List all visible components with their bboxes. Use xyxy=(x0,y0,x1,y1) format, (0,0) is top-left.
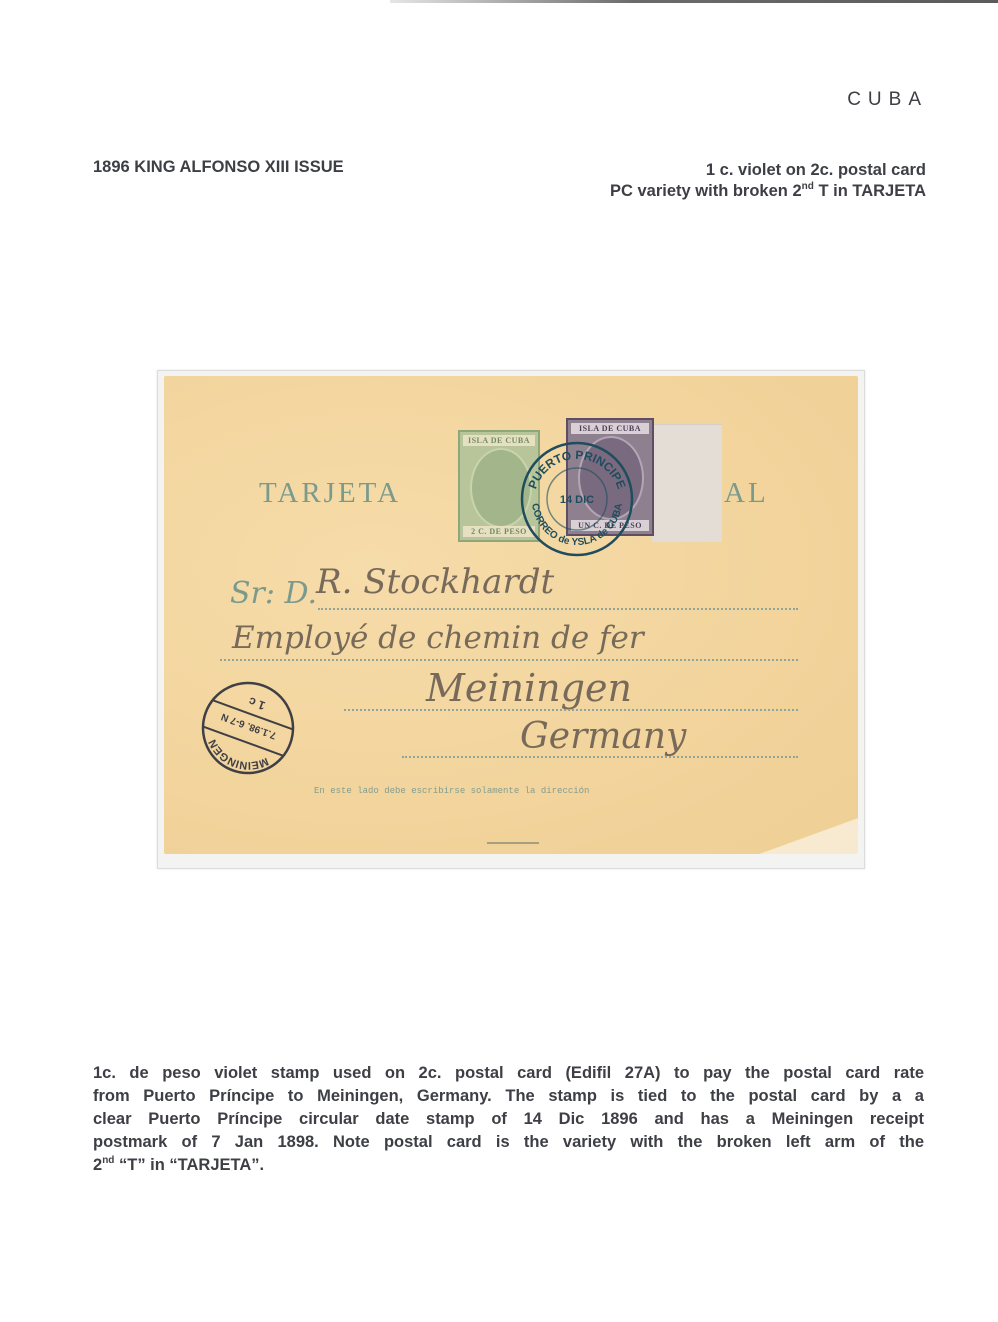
meiningen-receipt-postmark-icon: MEININGEN 7.1.98. 6-7 N 1 c xyxy=(200,680,296,776)
stamp-top-label: ISLA DE CUBA xyxy=(571,423,649,434)
description-line: 2nd “T” in “TARJETA”. xyxy=(93,1154,924,1177)
card-printed-postal: AL xyxy=(724,477,769,510)
page-top-border xyxy=(390,0,998,3)
address-line-country: Germany xyxy=(520,716,686,757)
issue-title: 1896 KING ALFONSO XIII ISSUE xyxy=(93,158,344,177)
address-line-city: Meiningen xyxy=(426,666,632,710)
card-center-mark xyxy=(487,842,539,844)
description-line: postmark of 7 Jan 1898. Note postal card… xyxy=(93,1131,924,1154)
description-line: 1c. de peso violet stamp used on 2c. pos… xyxy=(93,1062,924,1085)
svg-text:14 DIC: 14 DIC xyxy=(560,494,594,506)
svg-text:PUERTO PRINCIPE: PUERTO PRINCIPE xyxy=(525,448,628,491)
stamp-selvage-margin xyxy=(652,424,722,542)
card-printed-tarjeta: TARJETA xyxy=(259,477,401,510)
svg-text:CORREO de YSLA de CUBA: CORREO de YSLA de CUBA xyxy=(529,503,625,549)
address-rule-3 xyxy=(344,709,798,711)
subtitle-line-1: 1 c. violet on 2c. postal card xyxy=(610,160,926,181)
puerto-principe-postmark-icon: PUERTO PRINCIPE CORREO de YSLA de CUBA 1… xyxy=(518,440,636,558)
svg-text:1 c: 1 c xyxy=(246,694,267,713)
address-rule-4 xyxy=(402,756,798,758)
card-printed-footnote: En este lado debe escribirse solamente l… xyxy=(314,786,589,796)
address-line-occupation: Employé de chemin de fer xyxy=(232,620,644,656)
postal-card-image: TARJETA AL ISLA DE CUBA 2 C. DE PESO ISL… xyxy=(164,376,858,854)
subtitle-line-2: PC variety with broken 2nd T in TARJETA xyxy=(610,181,926,202)
description-paragraph: 1c. de peso violet stamp used on 2c. pos… xyxy=(93,1062,924,1177)
address-rule-1 xyxy=(318,608,798,610)
address-line-name: R. Stockhardt xyxy=(316,562,554,602)
printed-sr-prefix: Sr: D. xyxy=(230,576,317,611)
description-line: clear Puerto Príncipe circular date stam… xyxy=(93,1108,924,1131)
address-rule-2 xyxy=(220,659,798,661)
description-line: from Puerto Príncipe to Meiningen, Germa… xyxy=(93,1085,924,1108)
sleeve-fold-corner xyxy=(718,814,858,854)
item-subtitle: 1 c. violet on 2c. postal card PC variet… xyxy=(610,160,926,202)
country-heading: CUBA xyxy=(847,89,928,111)
